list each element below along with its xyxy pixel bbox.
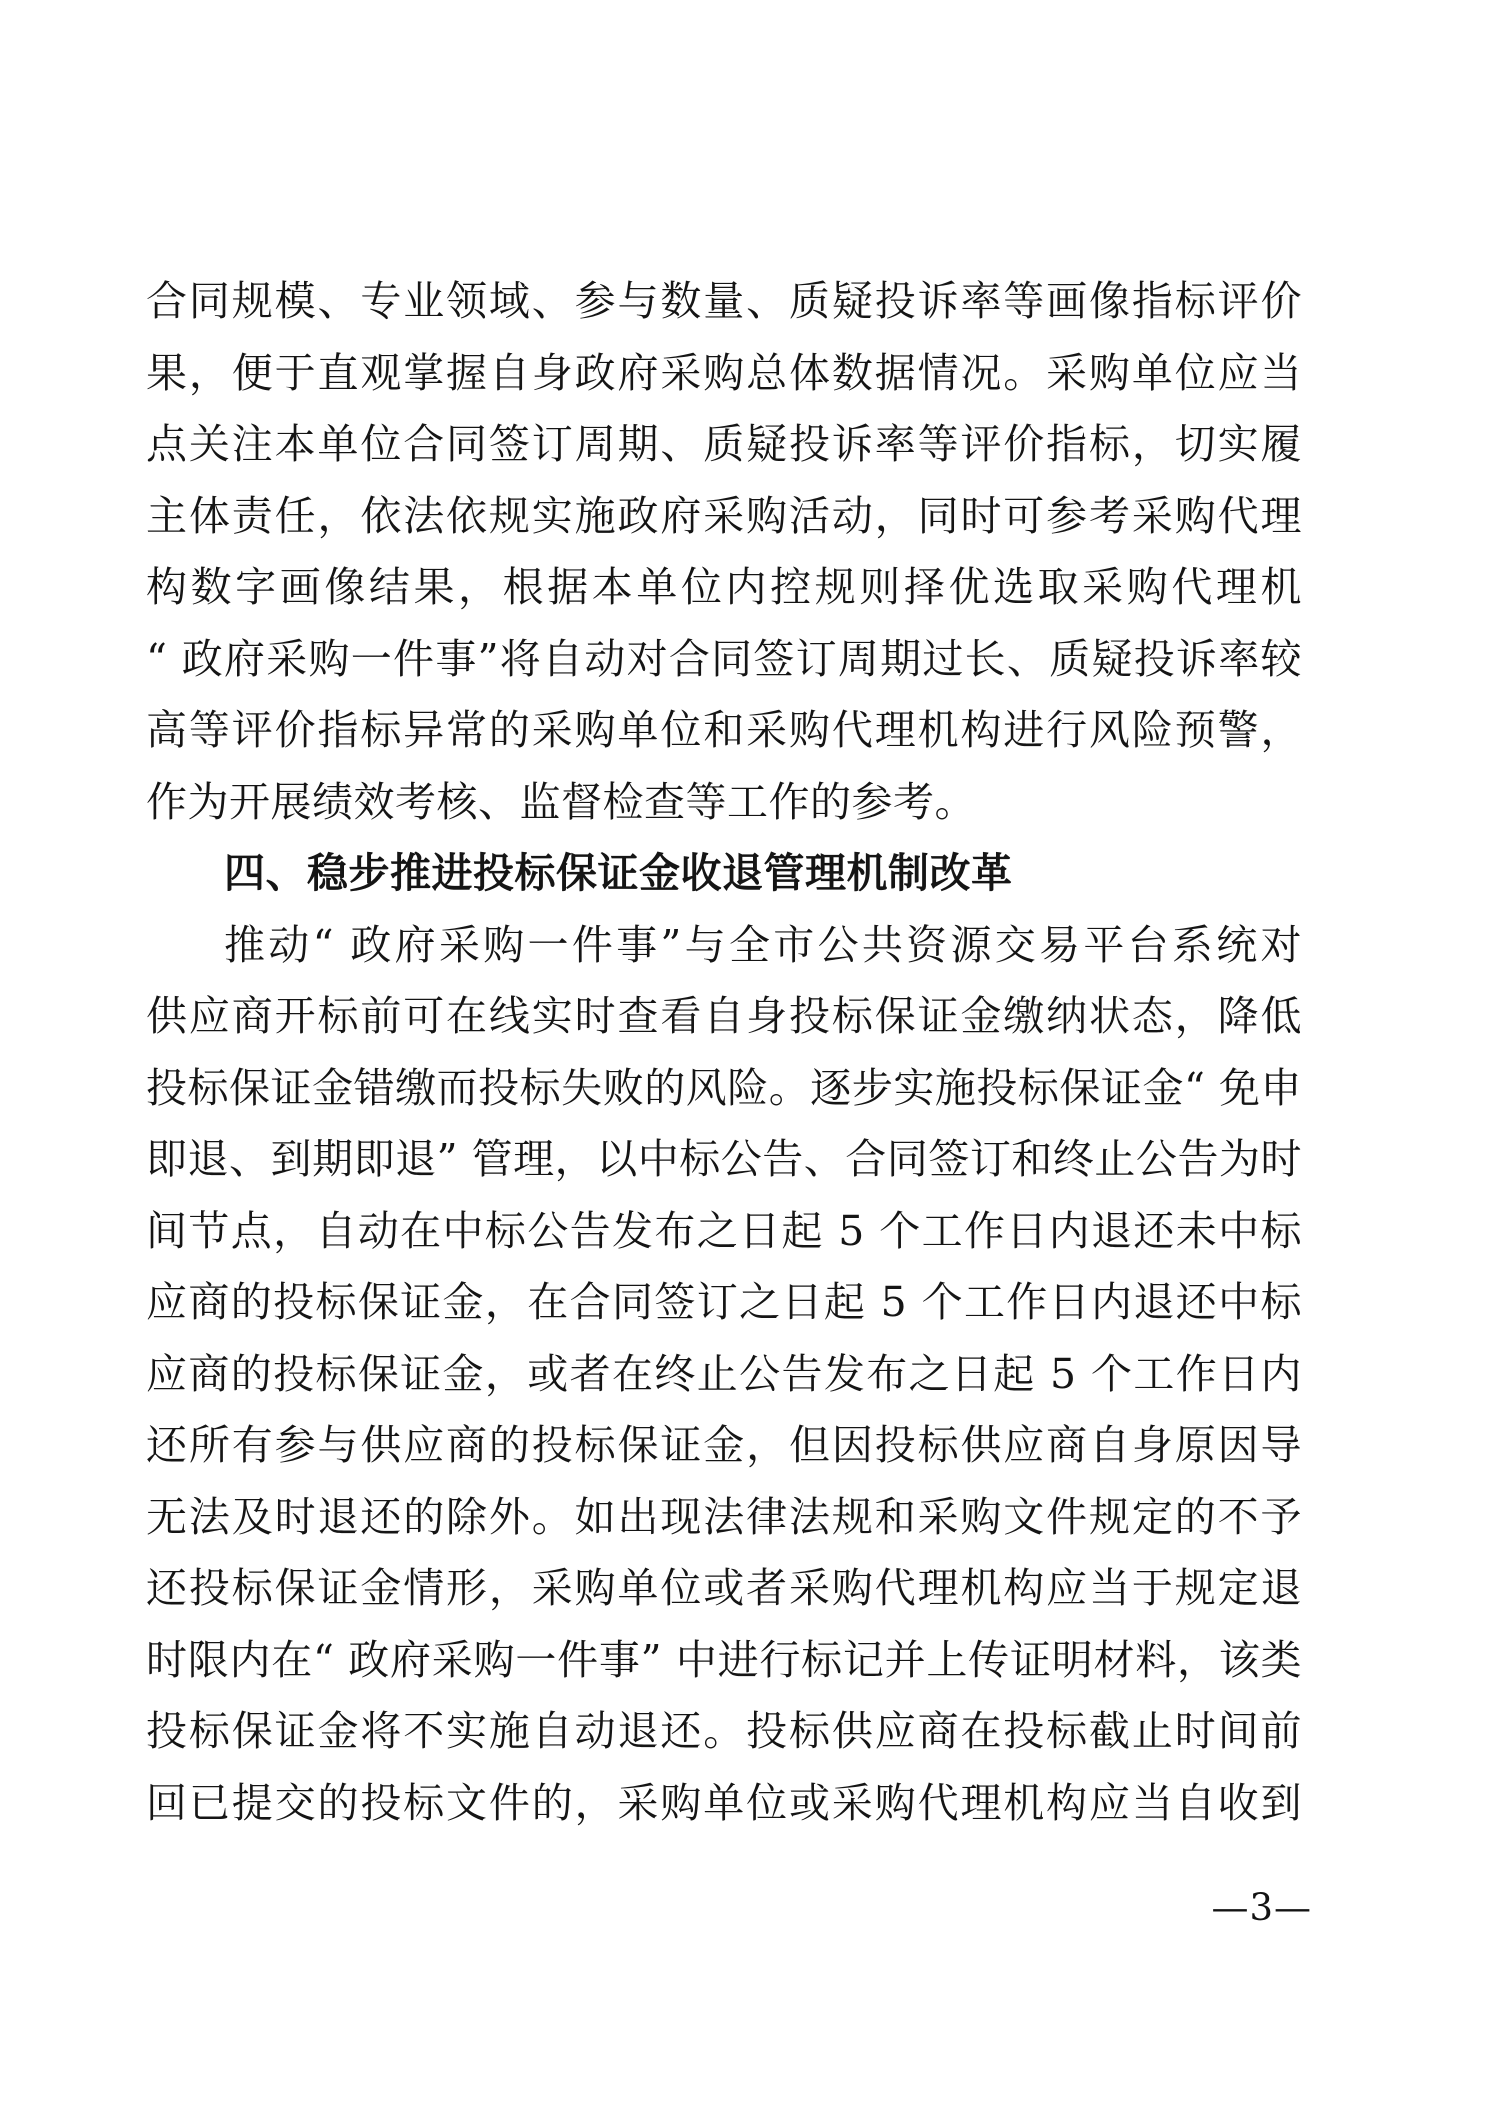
paragraph-line: 还所有参与供应商的投标保证金，但因投标供应商自身原因导致 [146, 1410, 1302, 1482]
paragraph-line: 供应商开标前可在线实时查看自身投标保证金缴纳状态，降低因 [146, 981, 1302, 1053]
paragraph-line: 构数字画像结果，根据本单位内控规则择优选取采购代理机构。 [146, 552, 1302, 624]
document-page: 合同规模、专业领域、参与数量、质疑投诉率等画像指标评价结果，便于直观掌握自身政府… [0, 0, 1488, 2104]
paragraph-line: 推动“ 政府采购一件事”与全市公共资源交易平台系统对接， [146, 910, 1302, 982]
paragraph-line: 应商的投标保证金，或者在终止公告发布之日起 5 个工作日内退 [146, 1339, 1302, 1411]
document-body: 合同规模、专业领域、参与数量、质疑投诉率等画像指标评价结果，便于直观掌握自身政府… [146, 266, 1302, 1839]
paragraph-line: 投标保证金将不实施自动退还。投标供应商在投标截止时间前撤 [146, 1696, 1302, 1768]
paragraph-line: 无法及时退还的除外。如出现法律法规和采购文件规定的不予退 [146, 1482, 1302, 1554]
paragraph-line: 应商的投标保证金，在合同签订之日起 5 个工作日内退还中标供 [146, 1267, 1302, 1339]
paragraph-line: 回已提交的投标文件的，采购单位或采购代理机构应当自收到投 [146, 1768, 1302, 1840]
paragraph-line: “ 政府采购一件事”将自动对合同签订周期过长、质疑投诉率较 [146, 624, 1302, 696]
section-heading: 四、稳步推进投标保证金收退管理机制改革 [146, 838, 1302, 910]
paragraph-line: 时限内在“ 政府采购一件事” 中进行标记并上传证明材料，该类 [146, 1625, 1302, 1697]
paragraph-line: 果，便于直观掌握自身政府采购总体数据情况。采购单位应当重 [146, 338, 1302, 410]
paragraph-line: 即退、到期即退” 管理，以中标公告、合同签订和终止公告为时 [146, 1124, 1302, 1196]
paragraph-line: 投标保证金错缴而投标失败的风险。逐步实施投标保证金“ 免申 [146, 1053, 1302, 1125]
paragraph-line: 作为开展绩效考核、监督检查等工作的参考。 [146, 767, 1302, 839]
paragraph-line: 间节点，自动在中标公告发布之日起 5 个工作日内退还未中标供 [146, 1196, 1302, 1268]
paragraph-line: 主体责任，依法依规实施政府采购活动，同时可参考采购代理机 [146, 481, 1302, 553]
paragraph-line: 高等评价指标异常的采购单位和采购代理机构进行风险预警，并 [146, 695, 1302, 767]
paragraph-line: 点关注本单位合同签订周期、质疑投诉率等评价指标，切实履行 [146, 409, 1302, 481]
page-number: —3— [1211, 1884, 1312, 1932]
paragraph-line: 还投标保证金情形，采购单位或者采购代理机构应当于规定退还 [146, 1553, 1302, 1625]
paragraph-line: 合同规模、专业领域、参与数量、质疑投诉率等画像指标评价结 [146, 266, 1302, 338]
